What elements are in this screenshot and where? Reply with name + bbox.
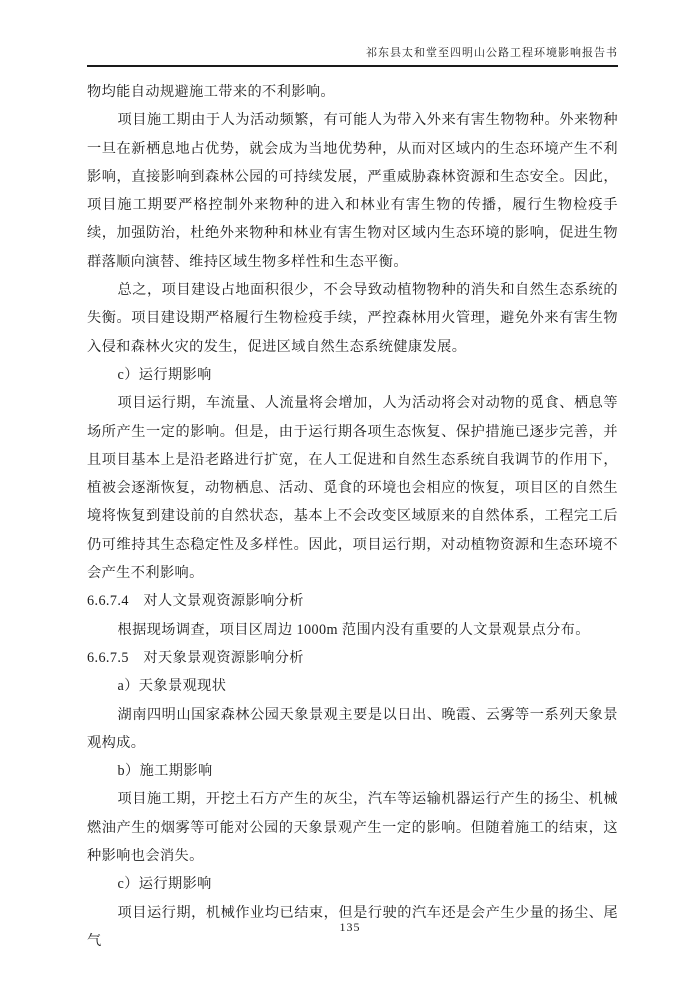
header-title: 祁东县太和堂至四明山公路工程环境影响报告书: [87, 44, 618, 64]
document-body: 物均能自动规避施工带来的不利影响。 项目施工期由于人为活动频繁，有可能人为带入外…: [87, 78, 618, 955]
paragraph: 湖南四明山国家森林公园天象景观主要是以日出、晚霞、云雾等一系列天象景观构成。: [87, 701, 618, 758]
paragraph: 项目施工期，开挖土石方产生的灰尘，汽车等运输机器运行产生的扬尘、机械燃油产生的烟…: [87, 785, 618, 870]
list-item-heading: c）运行期影响: [87, 361, 618, 389]
paragraph: 项目运行期，车流量、人流量将会增加，人为活动将会对动物的觅食、栖息等场所产生一定…: [87, 389, 618, 587]
list-item-heading: a）天象景观现状: [87, 672, 618, 700]
list-item-heading: c）运行期影响: [87, 870, 618, 898]
document-page: 祁东县太和堂至四明山公路工程环境影响报告书 物均能自动规避施工带来的不利影响。 …: [0, 0, 700, 990]
paragraph: 总之，项目建设占地面积很少，不会导致动植物物种的消失和自然生态系统的失衡。项目建…: [87, 276, 618, 361]
page-header: 祁东县太和堂至四明山公路工程环境影响报告书: [87, 44, 618, 67]
paragraph: 根据现场调查，项目区周边 1000m 范围内没有重要的人文景观景点分布。: [87, 616, 618, 644]
page-number: 135: [340, 920, 361, 934]
paragraph: 项目施工期由于人为活动频繁，有可能人为带入外来有害生物物种。外来物种一旦在新栖息…: [87, 106, 618, 276]
page-footer: 135: [0, 918, 700, 936]
section-heading: 6.6.7.4 对人文景观资源影响分析: [87, 587, 618, 615]
list-item-heading: b）施工期影响: [87, 757, 618, 785]
header-rule: [87, 65, 618, 67]
paragraph-continuation: 物均能自动规避施工带来的不利影响。: [87, 78, 618, 106]
section-heading: 6.6.7.5 对天象景观资源影响分析: [87, 644, 618, 672]
